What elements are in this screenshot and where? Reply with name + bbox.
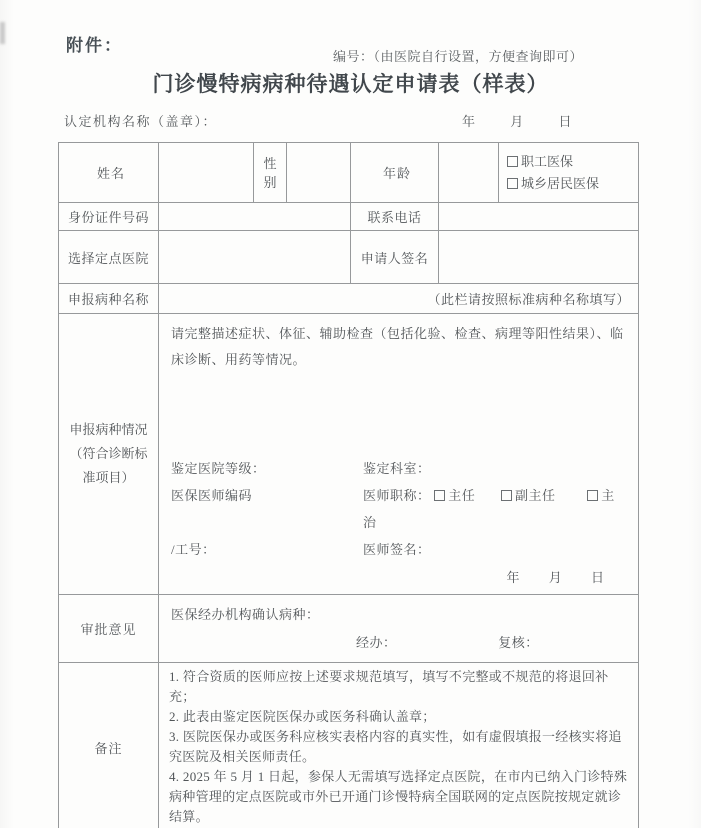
remarks-cell: 1. 符合资质的医师应按上述要求规范填写，填写不完整或不规范的将退回补充； 2.… [159, 663, 639, 828]
month-word: 月 [510, 111, 523, 130]
checkbox-chief-icon [434, 490, 445, 501]
appraisal-block: 鉴定医院等级： 鉴定科室： 医保医师编码 医师职称： 主任 副主任 主治 /工号… [171, 455, 628, 563]
application-form-table: 姓名 性 别 年龄 职工医保 城乡居民医保 [58, 142, 639, 828]
form-number-note: 编号：（由医院自行设置，方便查询即可） [333, 46, 583, 65]
table-row: 身份证件号码 联系电话 [59, 203, 639, 231]
age-value-cell [439, 143, 499, 203]
hospital-level-label: 鉴定医院等级： [171, 455, 363, 482]
attachment-label: 附件： [66, 31, 123, 56]
checkbox-attending-icon [587, 490, 598, 501]
table-row: 申报病种名称 （此栏请按照标准病种名称填写） [59, 284, 639, 314]
handler-label: 经办： [356, 635, 397, 650]
name-value-cell [159, 143, 254, 203]
gender-label-line2: 别 [254, 173, 286, 192]
day-word: 日 [591, 570, 604, 585]
appraisal-date-line: 年 月 日 [171, 567, 628, 586]
remark-item-1: 1. 符合资质的医师应按上述要求规范填写，填写不完整或不规范的将退回补充； [169, 667, 630, 707]
table-row: 备注 1. 符合资质的医师应按上述要求规范填写，填写不完整或不规范的将退回补充；… [59, 663, 639, 828]
name-label: 姓名 [59, 143, 159, 203]
handler-review-line: 经办： 复核： [171, 630, 638, 655]
insurance-option-label: 职工医保 [521, 151, 573, 173]
doctor-signature-label: 医师签名： [363, 536, 628, 563]
doctor-code-label-line2: /工号： [171, 536, 363, 563]
scan-edge-artifact [0, 22, 5, 44]
approval-opinion-label: 审批意见 [59, 595, 159, 663]
month-word: 月 [549, 570, 562, 585]
table-row: 姓名 性 别 年龄 职工医保 城乡居民医保 [59, 143, 639, 203]
phone-value-cell [439, 203, 639, 231]
doctor-title-option-deputy: 副主任 [515, 488, 556, 503]
blank-writing-area [171, 373, 628, 455]
approval-opinion-cell: 医保经办机构确认病种： 经办： 复核： [159, 595, 639, 663]
header-date-line: 年 月 日 [462, 111, 572, 130]
gender-label-line1: 性 [254, 154, 286, 173]
applicant-signature-value-cell [439, 231, 639, 284]
disease-name-label: 申报病种名称 [59, 284, 159, 314]
doctor-title-label: 医师职称： [363, 488, 431, 503]
disease-description-instruction: 请完整描述症状、体征、辅助检查（包括化验、检查、病理等阳性结果）、临床诊断、用药… [171, 321, 628, 373]
checkbox-employee-insurance-icon [507, 156, 518, 167]
remarks-label: 备注 [59, 663, 159, 828]
id-number-value-cell [159, 203, 351, 231]
gender-value-cell [287, 143, 351, 203]
page-title: 门诊慢特病病种待遇认定申请表（样表） [0, 68, 701, 98]
scanned-form-page: 附件： 编号：（由医院自行设置，方便查询即可） 门诊慢特病病种待遇认定申请表（样… [0, 0, 701, 828]
designated-hospital-value-cell [159, 231, 351, 284]
applicant-signature-label: 申请人签名 [351, 231, 439, 284]
checkbox-resident-insurance-icon [507, 178, 518, 189]
id-number-label: 身份证件号码 [59, 203, 159, 231]
table-row: 审批意见 医保经办机构确认病种： 经办： 复核： [59, 595, 639, 663]
insurance-option-resident: 城乡居民医保 [499, 173, 638, 195]
doctor-title-option-chief: 主任 [448, 488, 475, 503]
day-word: 日 [559, 111, 572, 130]
remark-item-4: 4. 2025 年 5 月 1 日起，参保人无需填写选择定点医院，在市内已纳入门… [169, 767, 630, 827]
table-row: 选择定点医院 申请人签名 [59, 231, 639, 284]
age-label: 年龄 [351, 143, 439, 203]
disease-condition-label-line1: 申报病种情况 [59, 418, 158, 442]
doctor-code-label-line1: 医保医师编码 [171, 482, 363, 536]
remark-item-3: 3. 医院医保办或医务科应核实表格内容的真实性，如有虚假填报一经核实将追究医院及… [169, 727, 630, 767]
table-row: 申报病种情况 （符合诊断标 准项目） 请完整描述症状、体征、辅助检查（包括化验、… [59, 314, 639, 595]
doctor-title-line: 医师职称： 主任 副主任 主治 [363, 482, 628, 536]
phone-label: 联系电话 [351, 203, 439, 231]
disease-name-hint: （此栏请按照标准病种名称填写） [159, 284, 639, 314]
disease-condition-label-line2: （符合诊断标 [59, 442, 158, 466]
gender-label: 性 别 [254, 143, 287, 203]
confirmed-disease-label: 医保经办机构确认病种： [171, 602, 638, 627]
disease-condition-label-line3: 准项目） [59, 466, 158, 490]
insurance-type-cell: 职工医保 城乡居民医保 [499, 143, 639, 203]
disease-condition-label: 申报病种情况 （符合诊断标 准项目） [59, 314, 159, 595]
review-label: 复核： [498, 635, 539, 650]
designated-hospital-label: 选择定点医院 [59, 231, 159, 284]
disease-condition-cell: 请完整描述症状、体征、辅助检查（包括化验、检查、病理等阳性结果）、临床诊断、用药… [159, 314, 639, 595]
insurance-option-label: 城乡居民医保 [521, 173, 599, 195]
year-word: 年 [462, 111, 475, 130]
remark-item-2: 2. 此表由鉴定医院医保办或医务科确认盖章； [169, 707, 630, 727]
appraisal-department-label: 鉴定科室： [363, 455, 628, 482]
year-word: 年 [506, 570, 519, 585]
insurance-option-employee: 职工医保 [499, 151, 638, 173]
checkbox-deputy-chief-icon [501, 490, 512, 501]
issuing-org-label: 认定机构名称（盖章）： [64, 111, 217, 130]
